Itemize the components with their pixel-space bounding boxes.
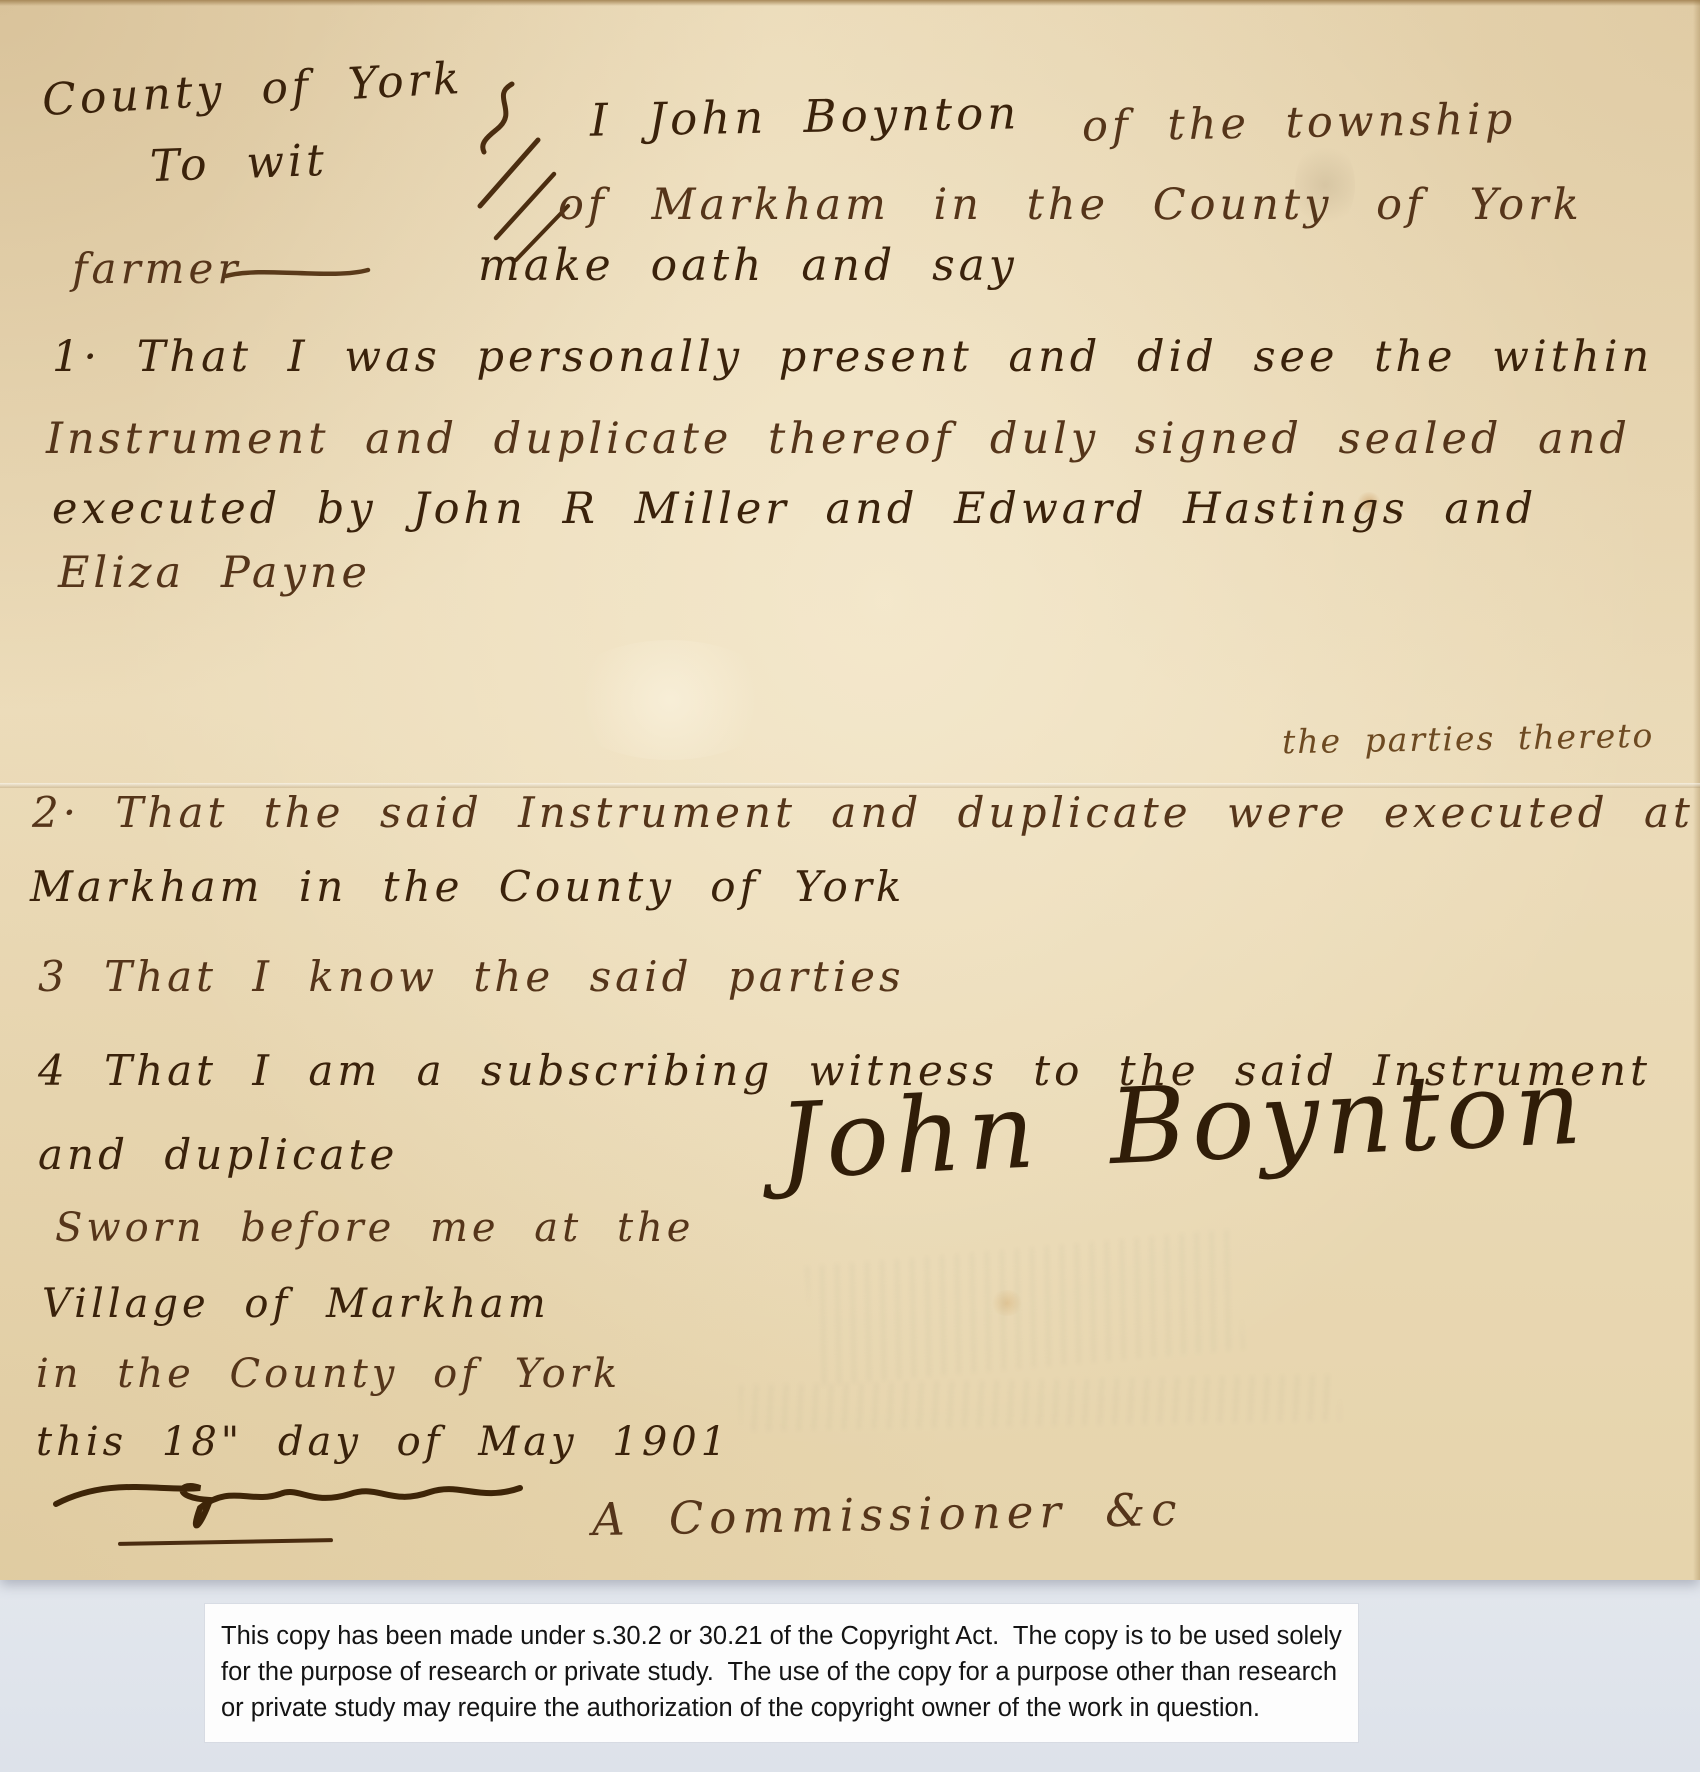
clause-1-line-3: executed by John R Miller and Edward Has…: [52, 488, 1537, 531]
paper-right-edge: [1693, 0, 1700, 1580]
to-wit-label: To wit: [149, 139, 328, 189]
residence-line: of Markham in the County of York: [558, 184, 1583, 227]
jurat-line-2: Village of Markham: [42, 1284, 550, 1324]
signature-underline: [118, 1538, 333, 1546]
paper-highlight: [560, 640, 780, 760]
bleed-through-text: [740, 1375, 1341, 1431]
clause-1-line-2: Instrument and duplicate thereof duly si…: [46, 418, 1631, 461]
clause-1-line-1: 1· That I was personally present and did…: [52, 336, 1653, 379]
clause-2-line-2: Markham in the County of York: [30, 866, 905, 908]
paper-top-edge: [0, 0, 1700, 6]
county-heading: County of York: [41, 57, 464, 123]
copyright-notice-box: This copy has been made under s.30.2 or …: [205, 1604, 1358, 1742]
clause-2-line-1: 2· That the said Instrument and duplicat…: [32, 792, 1694, 834]
occupation-label: farmer: [72, 248, 241, 290]
clause-1-line-4: Eliza Payne: [58, 552, 371, 595]
township-phrase: of the township: [1082, 98, 1517, 149]
parties-thereto-note: the parties thereto: [1282, 719, 1655, 758]
clause-3-line-1: 3 That I know the said parties: [38, 956, 905, 998]
dash-stroke: [222, 262, 372, 286]
jurat-line-3: in the County of York: [36, 1354, 621, 1394]
copyright-notice-line-1: This copy has been made under s.30.2 or …: [221, 1618, 1342, 1654]
oath-phrase: make oath and say: [478, 244, 1018, 288]
deponent-signature: John Boynton: [776, 1054, 1589, 1193]
jurat-date-line: this 18" day of May 1901: [36, 1422, 730, 1462]
clause-4-line-2: and duplicate: [38, 1134, 398, 1176]
jurat-line-1: Sworn before me at the: [55, 1208, 694, 1248]
copyright-notice-line-2: for the purpose of research or private s…: [221, 1654, 1342, 1690]
scanned-affidavit-page: County of York To wit I John Boynton of …: [0, 0, 1700, 1580]
commissioner-signature: [50, 1458, 530, 1538]
copyright-notice-line-3: or private study may require the authori…: [221, 1690, 1342, 1726]
deponent-name-line: I John Boynton: [590, 90, 1021, 143]
paper-stain: [990, 1290, 1024, 1316]
bleed-through-text: [806, 1229, 1245, 1386]
commissioner-title: A Commissioner &c: [592, 1487, 1183, 1542]
